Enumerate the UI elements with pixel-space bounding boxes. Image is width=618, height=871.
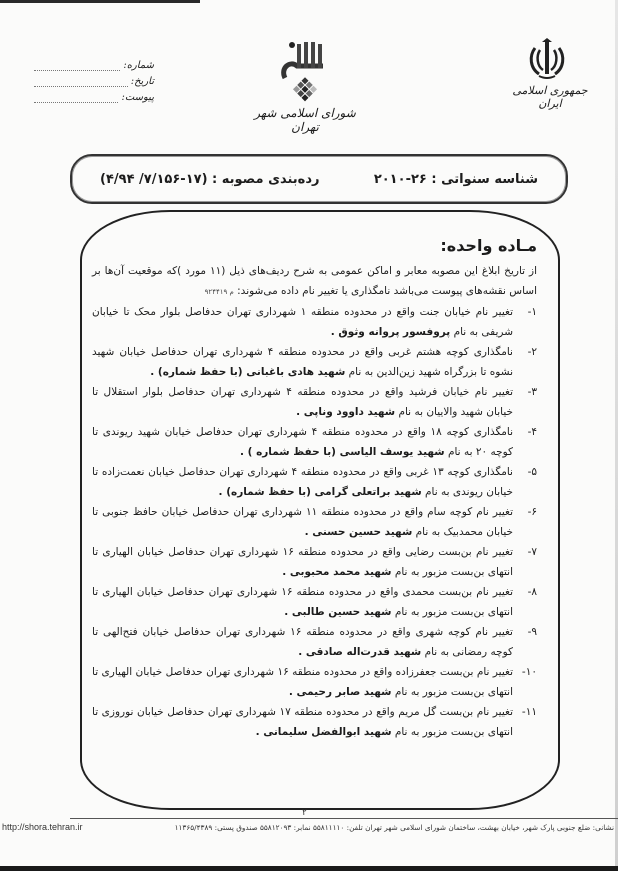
council-caption: شورای اسلامی شهر تهران [240, 106, 370, 134]
item-number: ۸- [513, 582, 537, 622]
item-number: ۹- [513, 622, 537, 662]
item-number: ۲- [513, 342, 537, 382]
item-name: شهید هادی باغبانی (با حفظ شماره) . [150, 366, 345, 378]
list-item: ۴-نامگذاری کوچه ۱۸ واقع در محدوده منطقه … [92, 422, 537, 462]
item-body: تغییر نام کوچه سام واقع در محدوده منطقه … [92, 506, 513, 538]
item-number: ۷- [513, 542, 537, 582]
meta-number-label: شماره: [123, 60, 154, 71]
item-text: تغییر نام بن‌بست گل مریم واقع در محدوده … [92, 702, 513, 742]
item-number: ۴- [513, 422, 537, 462]
item-text: تغییر نام کوچه سام واقع در محدوده منطقه … [92, 502, 513, 542]
item-name: پروفسور پروانه وثوق . [331, 326, 451, 338]
meta-attachment-label: پیوست: [121, 92, 154, 103]
meta-attachment-row: پیوست: [34, 87, 154, 103]
item-name: شهید محمد محبوبی . [282, 566, 391, 578]
iran-emblem-icon [527, 38, 567, 80]
letter-meta-fields: شماره: تاریخ: پیوست: [34, 55, 154, 103]
item-name: شهید حسین حسنی . [305, 526, 413, 538]
item-number: ۳- [513, 382, 537, 422]
session-id: شناسه سنواتی : ۲۶-۲۰۱۰ [374, 172, 538, 187]
item-name: شهید قدرت‌اله صادقی . [298, 646, 421, 658]
emblem-caption: جمهوری اسلامی ایران [500, 84, 600, 110]
item-name: شهید حسین طالبی . [284, 606, 391, 618]
list-item: ۲-نامگذاری کوچه هشتم غربی واقع در محدوده… [92, 342, 537, 382]
resolution-items: ۱-تغییر نام خیابان جنت واقع در محدوده من… [92, 302, 537, 742]
intro-ref: م ۹۲۴۴۱۹ [205, 288, 234, 296]
list-item: ۶-تغییر نام کوچه سام واقع در محدوده منطق… [92, 502, 537, 542]
page-number: ۲ [302, 808, 307, 818]
item-name: شهید ابوالفضل سلیمانی . [256, 726, 392, 738]
meta-date-line [34, 77, 128, 87]
item-text: تغییر نام بن‌بست محمدی واقع در محدوده من… [92, 582, 513, 622]
list-item: ۹-تغییر نام کوچه شهری واقع در محدوده منط… [92, 622, 537, 662]
scan-edge-bottom [0, 866, 618, 871]
footer-divider [70, 818, 618, 819]
resolution-classification: رده‌بندی مصوبه : (۱۷-۷/۱۵۶/ ۴/۹۴) [100, 172, 320, 187]
footer-address: نشانی: ضلع جنوبی پارک شهر، خیابان بهشت، … [144, 823, 614, 832]
item-name: شهید داوود وناپی . [296, 406, 395, 418]
meta-date-label: تاریخ: [131, 76, 154, 87]
tehran-council-logo-icon [275, 38, 335, 108]
item-text: تغییر نام کوچه شهری واقع در محدوده منطقه… [92, 622, 513, 662]
list-item: ۸-تغییر نام بن‌بست محمدی واقع در محدوده … [92, 582, 537, 622]
item-body: تغییر نام خیابان جنت واقع در محدوده منطق… [92, 306, 513, 338]
item-text: نامگذاری کوچه ۱۸ واقع در محدوده منطقه ۴ … [92, 422, 513, 462]
list-item: ۱-تغییر نام خیابان جنت واقع در محدوده من… [92, 302, 537, 342]
item-name: شهید براتعلی گرامی (با حفظ شماره) . [219, 486, 422, 498]
item-text: تغییر نام خیابان جنت واقع در محدوده منطق… [92, 302, 513, 342]
item-text: نامگذاری کوچه هشتم غربی واقع در محدوده م… [92, 342, 513, 382]
item-text: تغییر نام خیابان فرشید واقع در محدوده من… [92, 382, 513, 422]
meta-attachment-line [34, 93, 118, 103]
letterhead: جمهوری اسلامی ایران شورای اسلامی شهر تهر… [0, 0, 618, 140]
item-text: تغییر نام بن‌بست رضایی واقع در محدوده من… [92, 542, 513, 582]
item-name: شهید یوسف الیاسی (با حفظ شماره ) . [240, 446, 445, 458]
list-item: ۱۱-تغییر نام بن‌بست گل مریم واقع در محدو… [92, 702, 537, 742]
item-number: ۱۰- [513, 662, 537, 702]
intro-paragraph: از تاریخ ابلاغ این مصوبه معابر و اماکن ع… [92, 261, 537, 302]
meta-number-line [34, 61, 120, 71]
item-number: ۱۱- [513, 702, 537, 742]
resolution-header: شناسه سنواتی : ۲۶-۲۰۱۰ رده‌بندی مصوبه : … [70, 154, 568, 204]
intro-text: از تاریخ ابلاغ این مصوبه معابر و اماکن ع… [92, 265, 537, 297]
list-item: ۳-تغییر نام خیابان فرشید واقع در محدوده … [92, 382, 537, 422]
item-text: تغییر نام بن‌بست جعفرزاده واقع در محدوده… [92, 662, 513, 702]
meta-date-row: تاریخ: [34, 71, 154, 87]
footer-website-link[interactable]: http://shora.tehran.ir [2, 822, 83, 832]
list-item: ۷-تغییر نام بن‌بست رضایی واقع در محدوده … [92, 542, 537, 582]
item-name: شهید صابر رحیمی . [289, 686, 392, 698]
item-number: ۶- [513, 502, 537, 542]
item-number: ۱- [513, 302, 537, 342]
section-title: مـاده واحده: [92, 236, 537, 255]
resolution-body: مـاده واحده: از تاریخ ابلاغ این مصوبه مع… [92, 236, 537, 742]
meta-number-row: شماره: [34, 55, 154, 71]
list-item: ۵-نامگذاری کوچه ۱۳ غربی واقع در محدوده م… [92, 462, 537, 502]
item-text: نامگذاری کوچه ۱۳ غربی واقع در محدوده منط… [92, 462, 513, 502]
item-number: ۵- [513, 462, 537, 502]
list-item: ۱۰-تغییر نام بن‌بست جعفرزاده واقع در محد… [92, 662, 537, 702]
